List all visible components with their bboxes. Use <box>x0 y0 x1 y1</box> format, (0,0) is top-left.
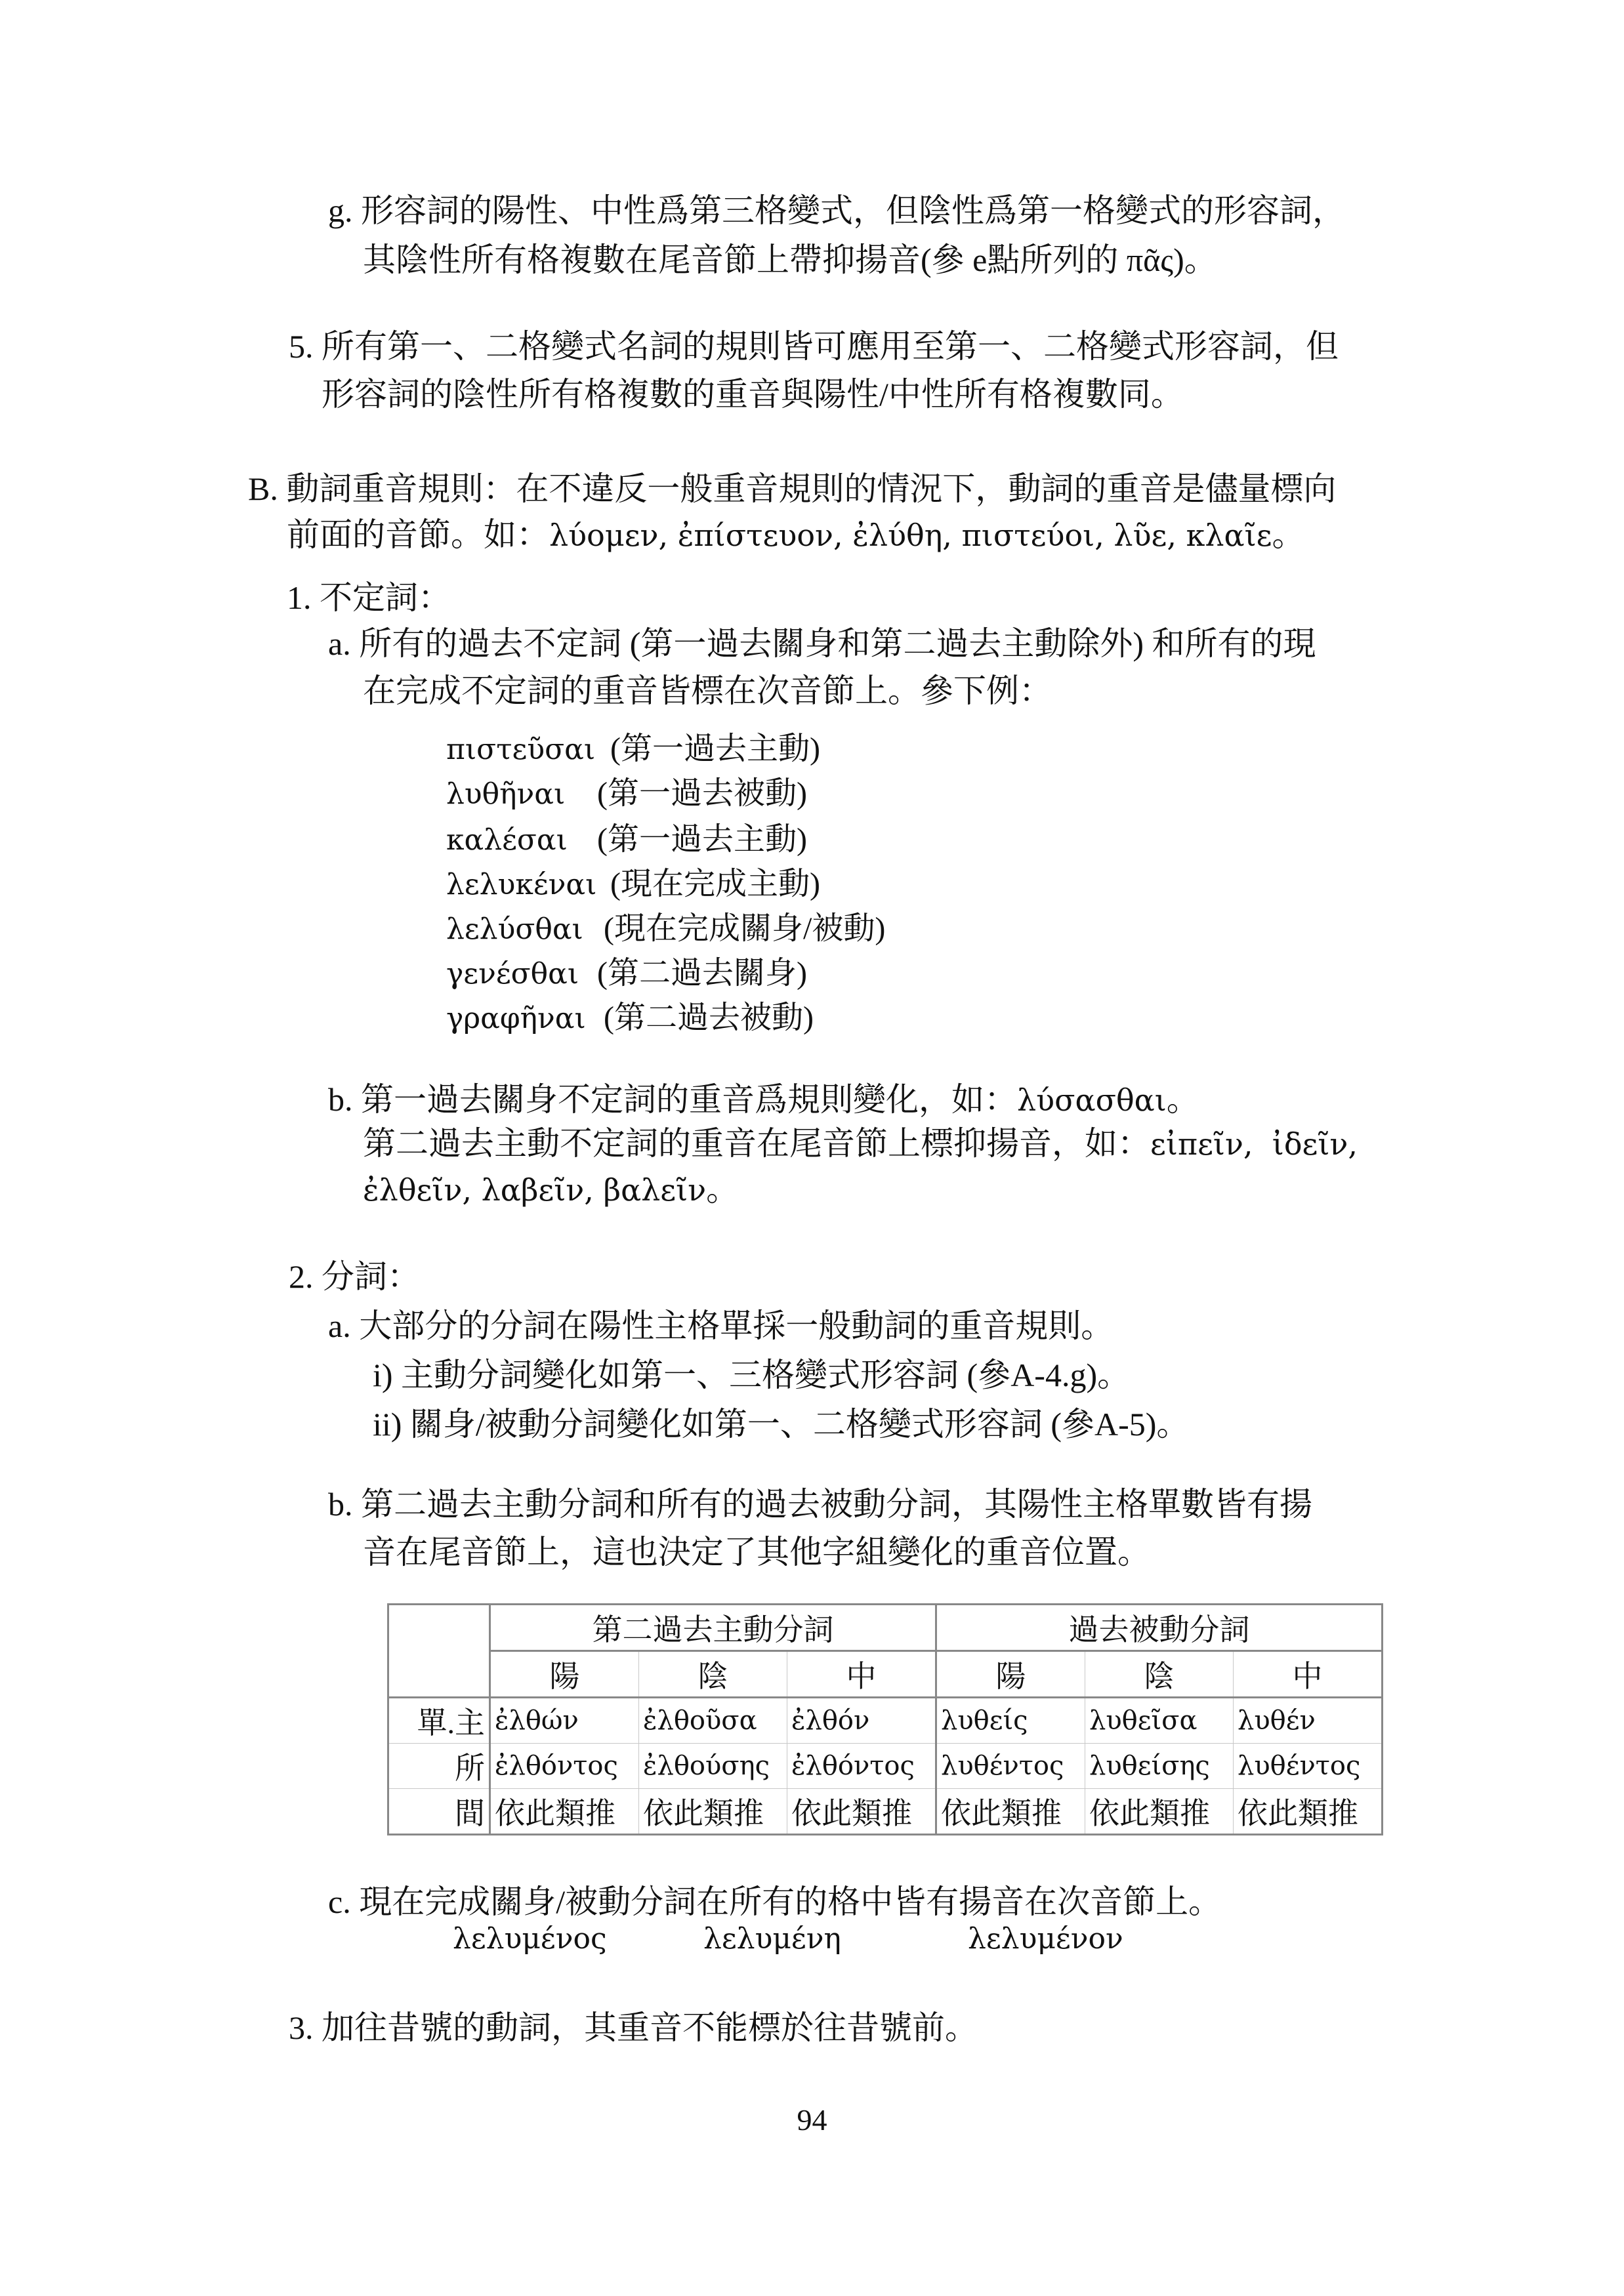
item-5-line2: 形容詞的陰性所有格複數的重音與陽性/中性所有格複數同。 <box>322 374 1184 415</box>
table-cell: 依此類推 <box>1234 1789 1383 1835</box>
section-b-heading-line1: B. 動詞重音規則：在不違反一般重音規則的情況下，動詞的重音是儘量標向 <box>248 468 1336 509</box>
item-1b-line3-end: 。 <box>706 1171 739 1208</box>
example-label: (第二過去被動) <box>604 998 814 1038</box>
section-b-heading-line2: 前面的音節。如：λύομεν, ἐπίστευον, ἐλύθη, πιστεύ… <box>287 514 1304 556</box>
item-g-line2: 其陰性所有格複數在尾音節上帶抑揚音(參 e點所列的 πᾶς)。 <box>363 239 1217 280</box>
row-label: 所 <box>388 1744 490 1789</box>
example-label: (現在完成關身/被動) <box>604 909 885 949</box>
gender-header: 陰 <box>639 1651 787 1698</box>
c-example-neut: λελυμένον <box>968 1922 1123 1956</box>
example-row: λελυκέναι(現在完成主動) <box>446 865 820 905</box>
example-label: (第二過去關身) <box>597 954 807 993</box>
example-label: (第一過去主動) <box>610 729 820 769</box>
table-corner-cell <box>388 1605 490 1698</box>
example-greek: γενέσθαι <box>446 954 571 994</box>
item-1b-line2-greek: εἰπεῖν, ἰδεῖν, <box>1150 1126 1358 1162</box>
item-2-title: 2. 分詞： <box>289 1256 420 1297</box>
table-cell: λυθέν <box>1234 1698 1383 1744</box>
example-row: λελύσθαι(現在完成關身/被動) <box>446 909 885 949</box>
gender-header: 陽 <box>936 1651 1085 1698</box>
table-cell: λυθείς <box>936 1698 1085 1744</box>
item-1-title: 1. 不定詞： <box>287 577 451 618</box>
table-cell: 依此類推 <box>787 1789 936 1835</box>
gender-header: 中 <box>1234 1651 1383 1698</box>
example-row: πιστεῦσαι(第一過去主動) <box>446 729 820 769</box>
item-2a-i: i) 主動分詞變化如第一、三格變式形容詞 (參A-4.g)。 <box>373 1355 1130 1395</box>
item-1b-end: 。 <box>1167 1081 1199 1118</box>
c-example-masc: λελυμένος <box>453 1922 607 1956</box>
table-cell: ἐλθόντος <box>787 1744 936 1789</box>
table-row: 所 ἐλθόντος ἐλθούσης ἐλθόντος λυθέντος λυ… <box>388 1744 1383 1789</box>
example-row: λυθῆναι(第一過去被動) <box>446 774 807 814</box>
item-2c-line: c. 現在完成關身/被動分詞在所有的格中皆有揚音在次音節上。 <box>328 1881 1221 1922</box>
page-number: 94 <box>0 2102 1624 2137</box>
example-row: γενέσθαι(第二過去關身) <box>446 954 807 994</box>
item-1b-line1: b. 第一過去關身不定詞的重音爲規則變化，如：λύσασθαι。 <box>328 1079 1199 1120</box>
table-row: 單.主 ἐλθών ἐλθοῦσα ἐλθόν λυθείς λυθεῖσα λ… <box>388 1698 1383 1744</box>
table-cell: 依此類推 <box>1085 1789 1234 1835</box>
item-1b-greek: λύσασθαι <box>1017 1082 1167 1118</box>
table-cell: λυθείσης <box>1085 1744 1234 1789</box>
table-cell: ἐλθοῦσα <box>639 1698 787 1744</box>
example-greek: λελυκέναι <box>446 865 584 905</box>
table-cell: λυθέντος <box>1234 1744 1383 1789</box>
item-1b-line2-text: 第二過去主動不定詞的重音在尾音節上標抑揚音，如： <box>363 1125 1150 1162</box>
table-cell: 依此類推 <box>936 1789 1085 1835</box>
example-greek: καλέσαι <box>446 821 571 860</box>
example-greek: πιστεῦσαι <box>446 730 584 769</box>
c-example-fem: λελυμένη <box>703 1922 841 1956</box>
item-1b-line3: ἐλθεῖν, λαβεῖν, βαλεῖν。 <box>363 1169 739 1210</box>
item-2b-line2: 音在尾音節上，這也決定了其他字組變化的重音位置。 <box>363 1532 1150 1572</box>
example-label: (第一過去被動) <box>597 774 807 813</box>
group-header-aorist-passive: 過去被動分詞 <box>936 1605 1383 1651</box>
item-1a-line2: 在完成不定詞的重音皆標在次音節上。參下例： <box>363 670 1052 711</box>
example-label: (第一過去主動) <box>597 820 807 859</box>
row-label: 單.主 <box>388 1698 490 1744</box>
table-cell: ἐλθόν <box>787 1698 936 1744</box>
item-2b-line1: b. 第二過去主動分詞和所有的過去被動分詞，其陽性主格單數皆有揚 <box>328 1484 1312 1525</box>
table-cell: λυθεῖσα <box>1085 1698 1234 1744</box>
item-1b-line3-greek: ἐλθεῖν, λαβεῖν, βαλεῖν <box>363 1172 706 1208</box>
example-row: καλέσαι(第一過去主動) <box>446 820 807 860</box>
example-label: (現在完成主動) <box>610 865 820 904</box>
item-3-line: 3. 加往昔號的動詞，其重音不能標於往昔號前。 <box>289 2007 978 2048</box>
item-1b-line2: 第二過去主動不定詞的重音在尾音節上標抑揚音，如：εἰπεῖν, ἰδεῖν, <box>363 1123 1358 1164</box>
table-cell: 依此類推 <box>639 1789 787 1835</box>
heading-line2-cn: 前面的音節。如： <box>287 516 549 553</box>
gender-header: 陽 <box>490 1651 639 1698</box>
example-greek: λυθῆναι <box>446 775 571 814</box>
table-cell: λυθέντος <box>936 1744 1085 1789</box>
heading-line2-end: 。 <box>1272 516 1304 553</box>
example-row: γραφῆναι(第二過去被動) <box>446 998 814 1038</box>
table-row: 間 依此類推 依此類推 依此類推 依此類推 依此類推 依此類推 <box>388 1789 1383 1835</box>
table-cell: ἐλθόντος <box>490 1744 639 1789</box>
participle-table: 第二過去主動分詞 過去被動分詞 陽 陰 中 陽 陰 中 單.主 ἐλθών ἐλ… <box>387 1603 1383 1835</box>
group-header-aorist-active: 第二過去主動分詞 <box>490 1605 936 1651</box>
item-1b-line1-text: b. 第一過去關身不定詞的重音爲規則變化，如： <box>328 1081 1017 1118</box>
item-1a-line1: a. 所有的過去不定詞 (第一過去關身和第二過去主動除外) 和所有的現 <box>328 623 1316 664</box>
table-cell: 依此類推 <box>490 1789 639 1835</box>
gender-header: 陰 <box>1085 1651 1234 1698</box>
row-label: 間 <box>388 1789 490 1835</box>
heading-greek-examples: λύομεν, ἐπίστευον, ἐλύθη, πιστεύοι, λῦε,… <box>549 518 1272 553</box>
item-2a-ii: ii) 關身/被動分詞變化如第一、二格變式形容詞 (參A-5)。 <box>373 1404 1189 1445</box>
example-greek: γραφῆναι <box>446 999 577 1038</box>
item-2a-line: a. 大部分的分詞在陽性主格單採一般動詞的重音規則。 <box>328 1305 1114 1346</box>
table-cell: ἐλθών <box>490 1698 639 1744</box>
item-g-line1: g. 形容詞的陽性、中性爲第三格變式，但陰性爲第一格變式的形容詞， <box>328 190 1345 231</box>
example-greek: λελύσθαι <box>446 910 577 949</box>
item-5-line1: 5. 所有第一、二格變式名詞的規則皆可應用至第一、二格變式形容詞，但 <box>289 326 1339 367</box>
gender-header: 中 <box>787 1651 936 1698</box>
table-cell: ἐλθούσης <box>639 1744 787 1789</box>
